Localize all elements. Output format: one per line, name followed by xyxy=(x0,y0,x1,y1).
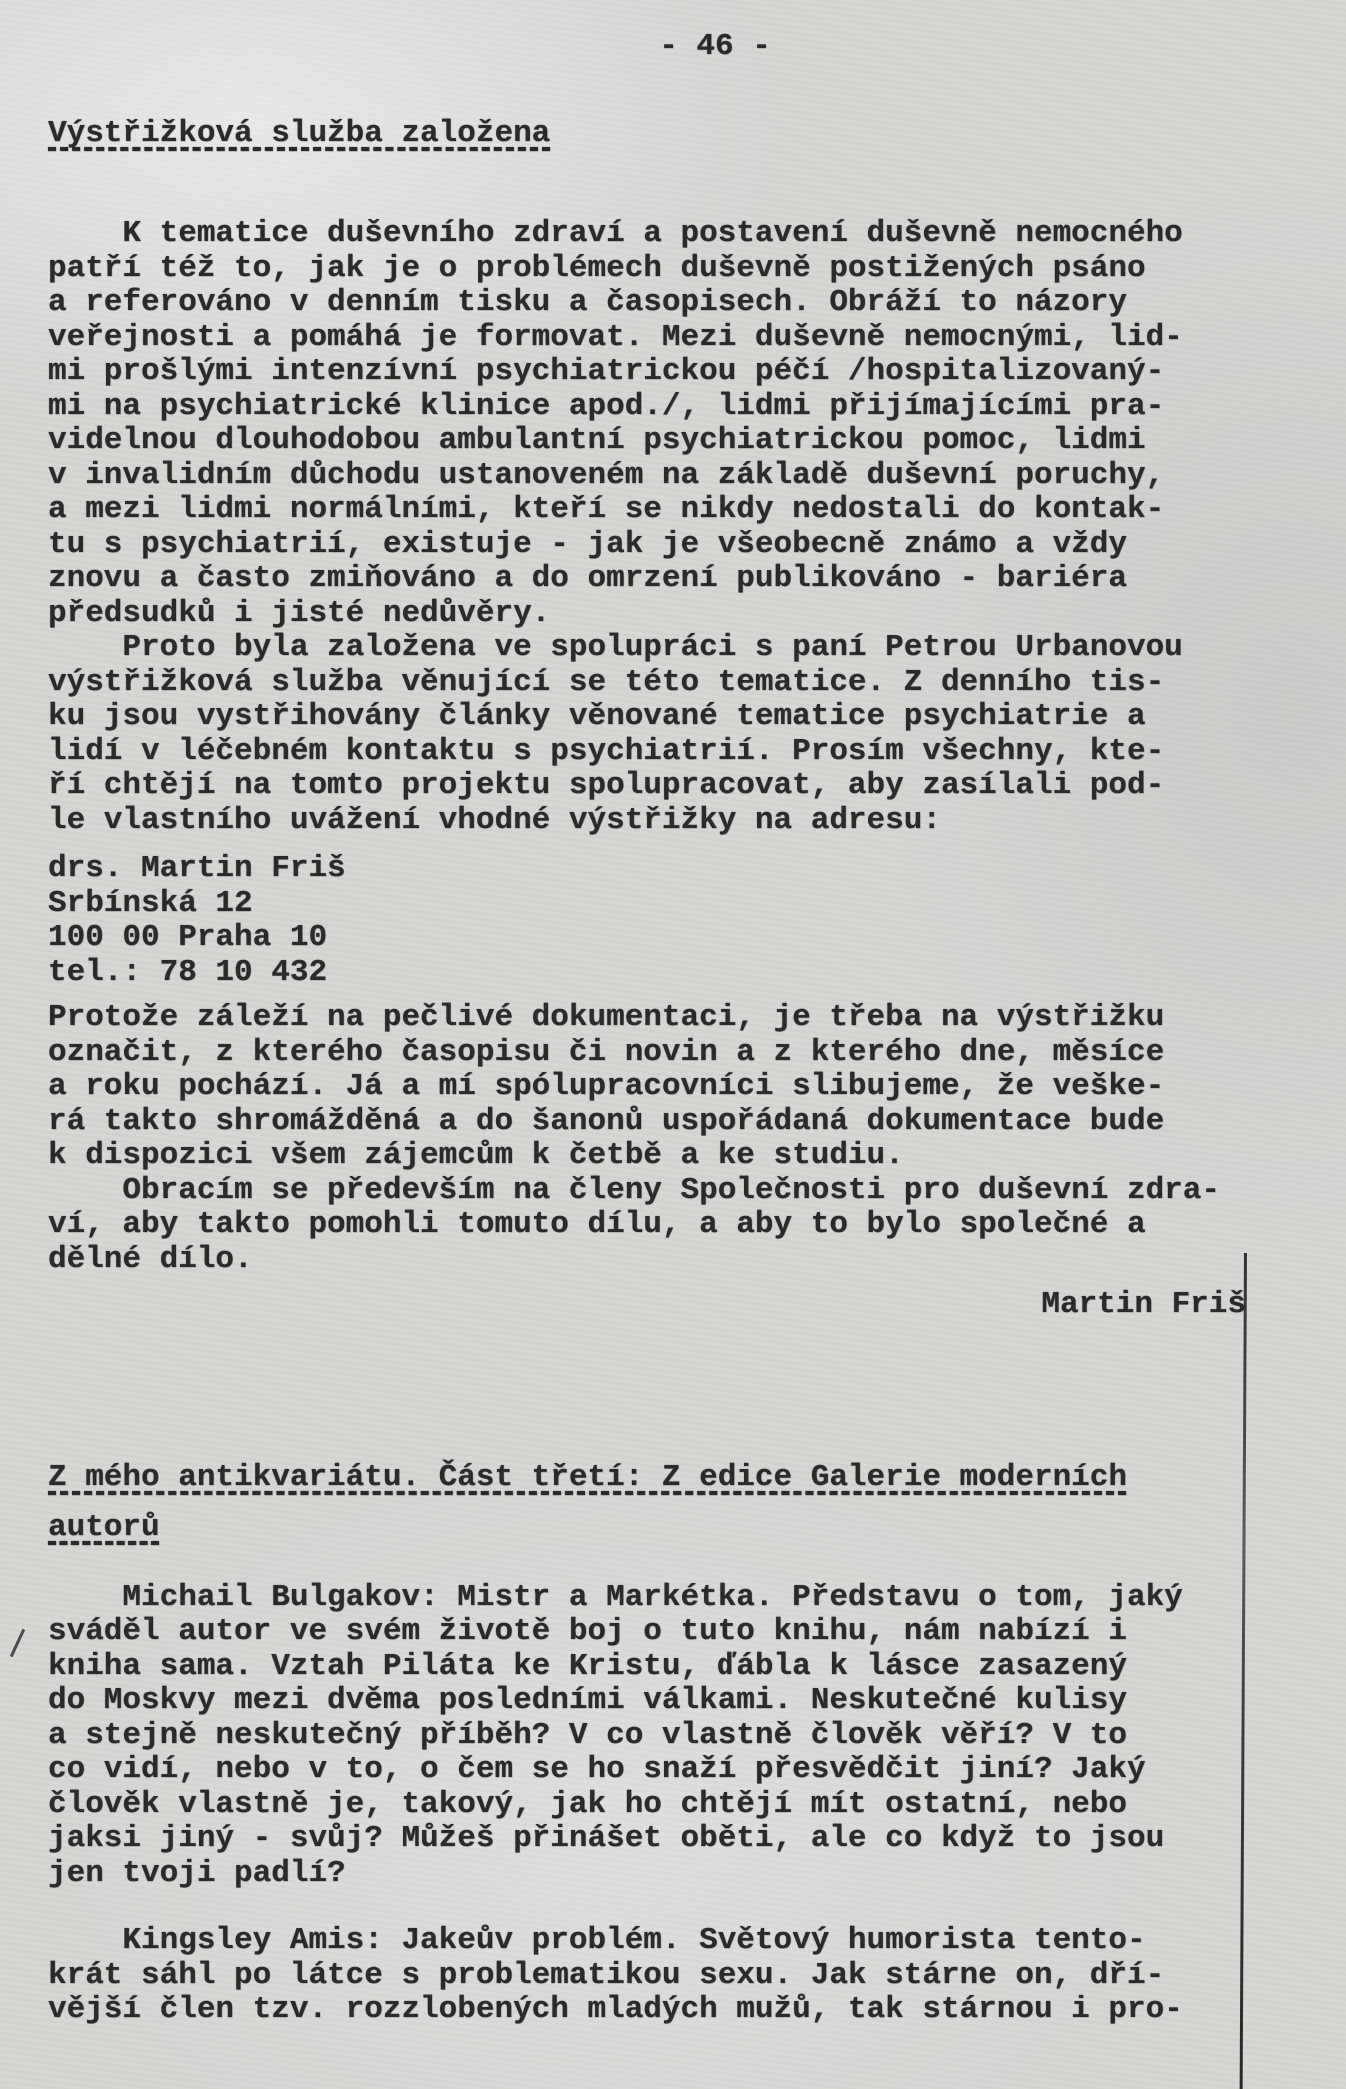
margin-slash-mark xyxy=(10,1629,25,1657)
contact-address-block: drs. Martin Friš Srbínská 12 100 00 Prah… xyxy=(48,852,1346,990)
page-number: - 46 - xyxy=(66,0,1346,65)
article2-heading: Z mého antikvariátu. Část třetí: Z edice… xyxy=(48,1453,1346,1553)
scanned-document-page: - 46 - Výstřižková služba založena K tem… xyxy=(0,0,1346,2089)
article1-heading: Výstřižková služba založena xyxy=(48,117,1346,152)
article-antiquariat: Z mého antikvariátu. Část třetí: Z edice… xyxy=(48,1453,1346,2028)
article-clipping-service: Výstřižková služba založena K tematice d… xyxy=(48,117,1346,1323)
article1-closing-paragraphs: Protože záleží na pečlivé dokumentaci, j… xyxy=(48,1001,1346,1277)
article2-paragraph-amis: Kingsley Amis: Jakeův problém. Světový h… xyxy=(48,1924,1346,2028)
article2-paragraph-bulgakov: Michail Bulgakov: Mistr a Markétka. Před… xyxy=(48,1581,1346,1892)
signature-martin-fris: Martin Friš xyxy=(48,1288,1346,1323)
article1-body: K tematice duševního zdraví a postavení … xyxy=(48,217,1346,838)
